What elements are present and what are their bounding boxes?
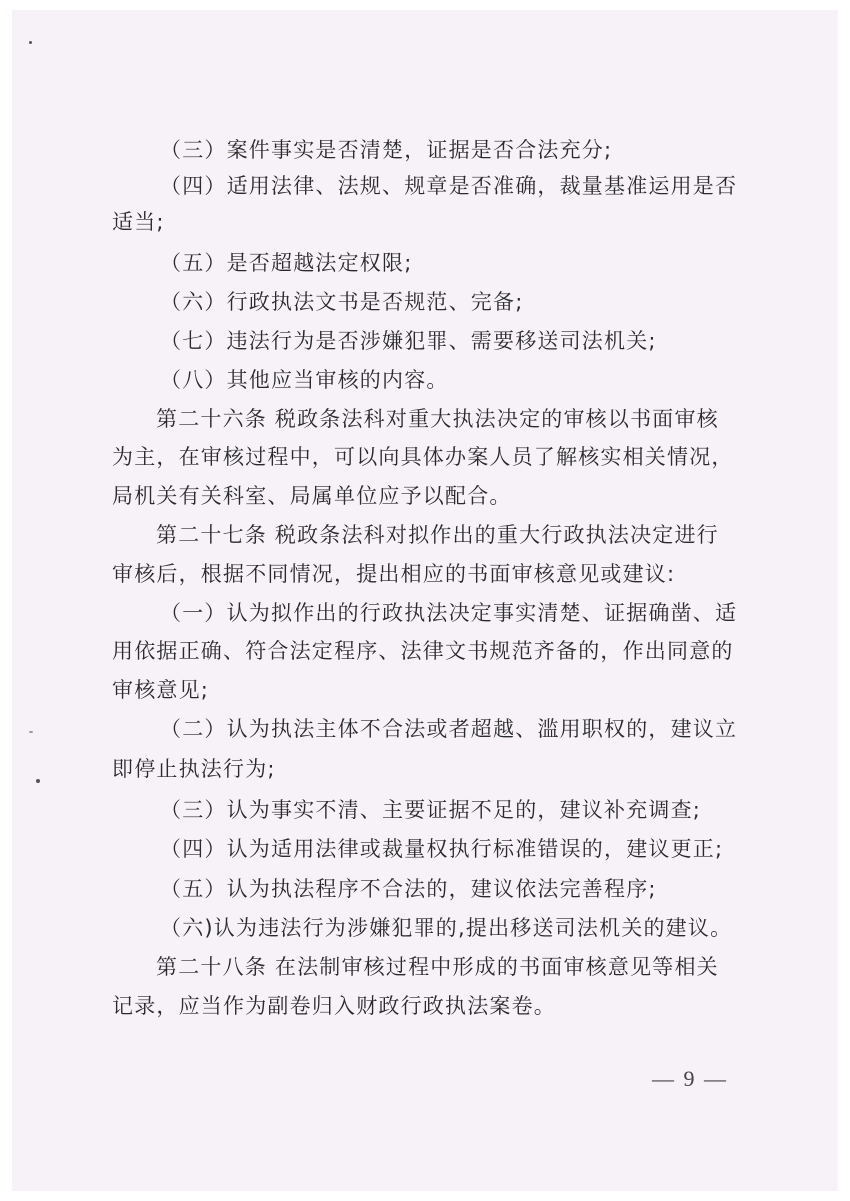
text-line: （五）认为执法程序不合法的，建议依法完善程序; [160, 874, 657, 904]
text-line: （二）认为执法主体不合法或者超越、滥用职权的，建议立 [160, 714, 737, 744]
text-line: 适当; [112, 207, 165, 237]
text-line: （三）认为事实不清、主要证据不足的，建议补充调查; [160, 795, 701, 825]
scan-speck [29, 731, 33, 733]
text-line: 即停止执法行为; [112, 754, 276, 784]
text-line: （三）案件事实是否清楚，证据是否合法充分; [160, 135, 612, 165]
text-line: （四）认为适用法律或裁量权执行标准错误的，建议更正; [160, 834, 723, 864]
text-line: 用依据正确、符合法定程序、法律文书规范齐备的，作出同意的 [112, 636, 734, 666]
text-line: 第二十七条 税政条法科对拟作出的重大行政执法决定进行 [156, 520, 719, 550]
text-line: 为主，在审核过程中，可以向具体办案人员了解核实相关情况， [112, 442, 734, 472]
scan-speck [36, 779, 40, 783]
text-line: （六）行政执法文书是否规范、完备; [160, 287, 523, 317]
text-line: （一）认为拟作出的行政执法决定事实清楚、证据确凿、适 [160, 598, 737, 628]
text-line: （七）违法行为是否涉嫌犯罪、需要移送司法机关; [160, 326, 657, 356]
text-line: 审核后，根据不同情况，提出相应的书面审核意见或建议: [112, 559, 675, 589]
scan-speck [29, 41, 32, 44]
document-page: （三）案件事实是否清楚，证据是否合法充分;（四）适用法律、法规、规章是否准确，裁… [12, 10, 838, 1191]
text-line: （五）是否超越法定权限; [160, 248, 412, 278]
text-line: 第二十六条 税政条法科对重大执法决定的审核以书面审核 [156, 404, 719, 434]
text-line: 局机关有关科室、局属单位应予以配合。 [112, 481, 512, 511]
text-line: （六)认为违法行为涉嫌犯罪的,提出移送司法机关的建议。 [160, 913, 732, 943]
text-line: （八）其他应当审核的内容。 [160, 365, 449, 395]
text-line: 第二十八条 在法制审核过程中形成的书面审核意见等相关 [156, 952, 719, 982]
page-number: — 9 — [652, 1066, 728, 1092]
text-line: 记录，应当作为副卷归入财政行政执法案卷。 [112, 991, 556, 1021]
text-line: 审核意见; [112, 675, 209, 705]
text-line: （四）适用法律、法规、规章是否准确，裁量基准运用是否 [160, 171, 737, 201]
